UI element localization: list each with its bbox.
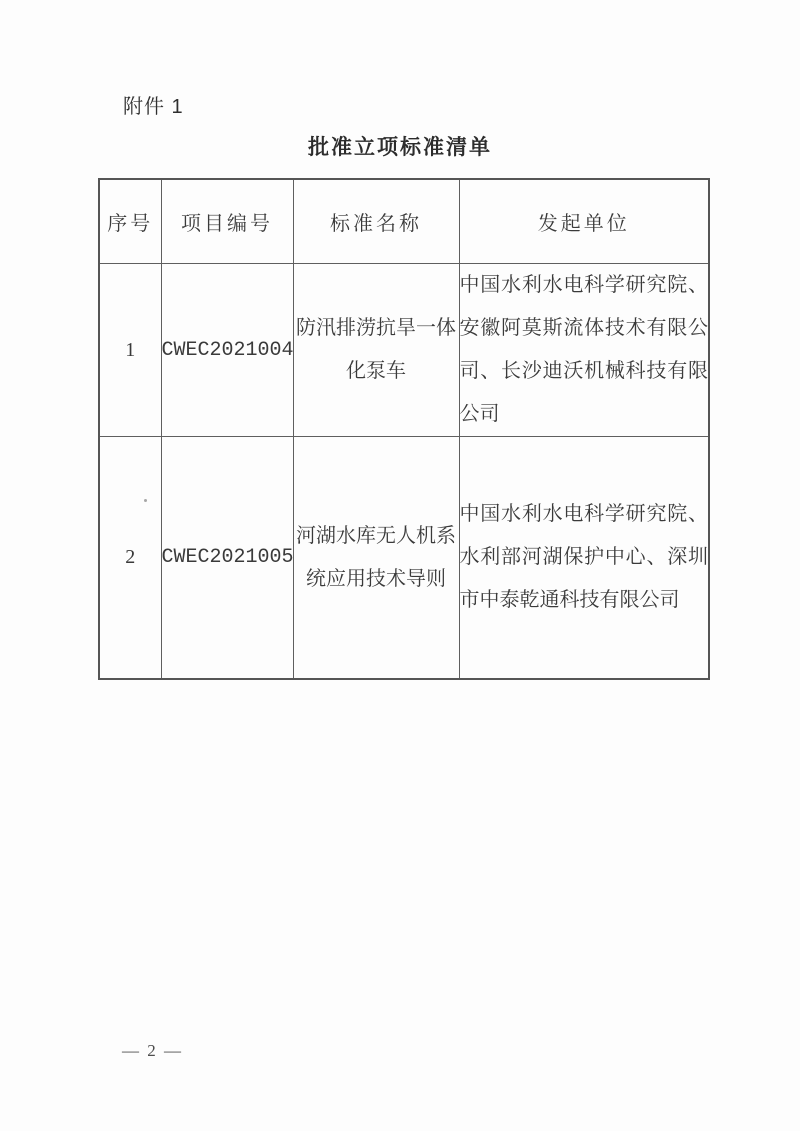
col-header-initiating-units: 发起单位	[459, 179, 709, 264]
cell-seq: 1	[99, 264, 161, 437]
page-title: 批准立项标准清单	[0, 131, 800, 161]
table-row: 2 CWEC2021005 河湖水库无人机系统应用技术导则 中国水利水电科学研究…	[99, 437, 709, 680]
page-number: — 2 —	[122, 1041, 183, 1061]
cell-project-code: CWEC2021004	[161, 264, 293, 437]
table-row: 1 CWEC2021004 防汛排涝抗旱一体化泵车 中国水利水电科学研究院、安徽…	[99, 264, 709, 437]
approved-standards-table: 序号 项目编号 标准名称 发起单位 1 CWEC2021004 防汛排涝抗旱一体…	[98, 178, 710, 680]
col-header-project-code: 项目编号	[161, 179, 293, 264]
cell-initiating-units: 中国水利水电科学研究院、水利部河湖保护中心、深圳市中泰乾通科技有限公司	[459, 437, 709, 680]
cell-seq: 2	[99, 437, 161, 680]
col-header-standard-name: 标准名称	[293, 179, 459, 264]
document-page: 附件 1 批准立项标准清单 序号 项目编号 标准名称 发起单位 1 CWEC20…	[0, 0, 800, 1131]
scan-speck	[144, 499, 147, 502]
col-header-seq: 序号	[99, 179, 161, 264]
cell-standard-name: 防汛排涝抗旱一体化泵车	[293, 264, 459, 437]
cell-standard-name: 河湖水库无人机系统应用技术导则	[293, 437, 459, 680]
attachment-label: 附件 1	[123, 90, 184, 119]
table-header-row: 序号 项目编号 标准名称 发起单位	[99, 179, 709, 264]
cell-initiating-units: 中国水利水电科学研究院、安徽阿莫斯流体技术有限公司、长沙迪沃机械科技有限公司	[459, 264, 709, 437]
cell-project-code: CWEC2021005	[161, 437, 293, 680]
